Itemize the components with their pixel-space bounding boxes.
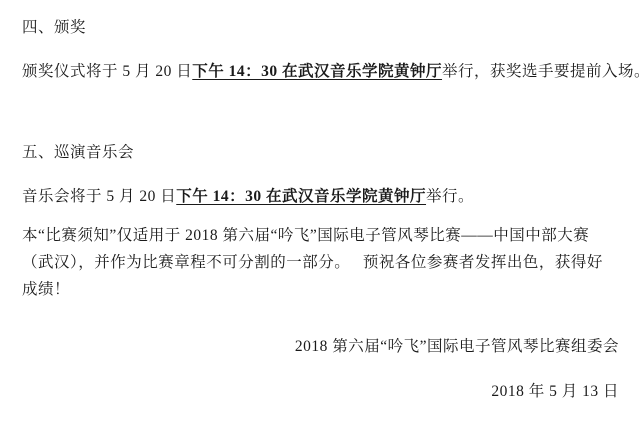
- document-page: 四、颁奖 颁奖仪式将于 5 月 20 日下午 14：30 在武汉音乐学院黄钟厅举…: [0, 0, 640, 437]
- concert-paragraph-suffix: 举行。: [426, 188, 474, 205]
- document-date: 2018 年 5 月 13 日: [491, 379, 619, 401]
- section-heading-tour-concert: 五、巡演音乐会: [22, 140, 134, 162]
- concert-paragraph-prefix: 音乐会将于 5 月 20 日: [22, 188, 176, 205]
- organizing-committee-signature: 2018 第六届“吟飞”国际电子管风琴比赛组委会: [295, 334, 619, 356]
- awards-paragraph-prefix: 颁奖仪式将于 5 月 20 日: [22, 63, 192, 80]
- tour-concert-paragraph: 音乐会将于 5 月 20 日下午 14：30 在武汉音乐学院黄钟厅举行。: [22, 184, 474, 206]
- section-heading-awards: 四、颁奖: [22, 15, 86, 37]
- awards-ceremony-paragraph: 颁奖仪式将于 5 月 20 日下午 14：30 在武汉音乐学院黄钟厅举行，获奖选…: [22, 59, 640, 81]
- awards-paragraph-suffix: 举行，获奖选手要提前入场。: [442, 63, 640, 80]
- concert-paragraph-emphasis: 下午 14：30 在武汉音乐学院黄钟厅: [176, 188, 426, 205]
- awards-paragraph-emphasis: 下午 14：30 在武汉音乐学院黄钟厅: [192, 63, 442, 80]
- closing-notice-paragraph: 本“比赛须知”仅适用于 2018 第六届“吟飞”国际电子管风琴比赛——中国中部大…: [22, 222, 618, 303]
